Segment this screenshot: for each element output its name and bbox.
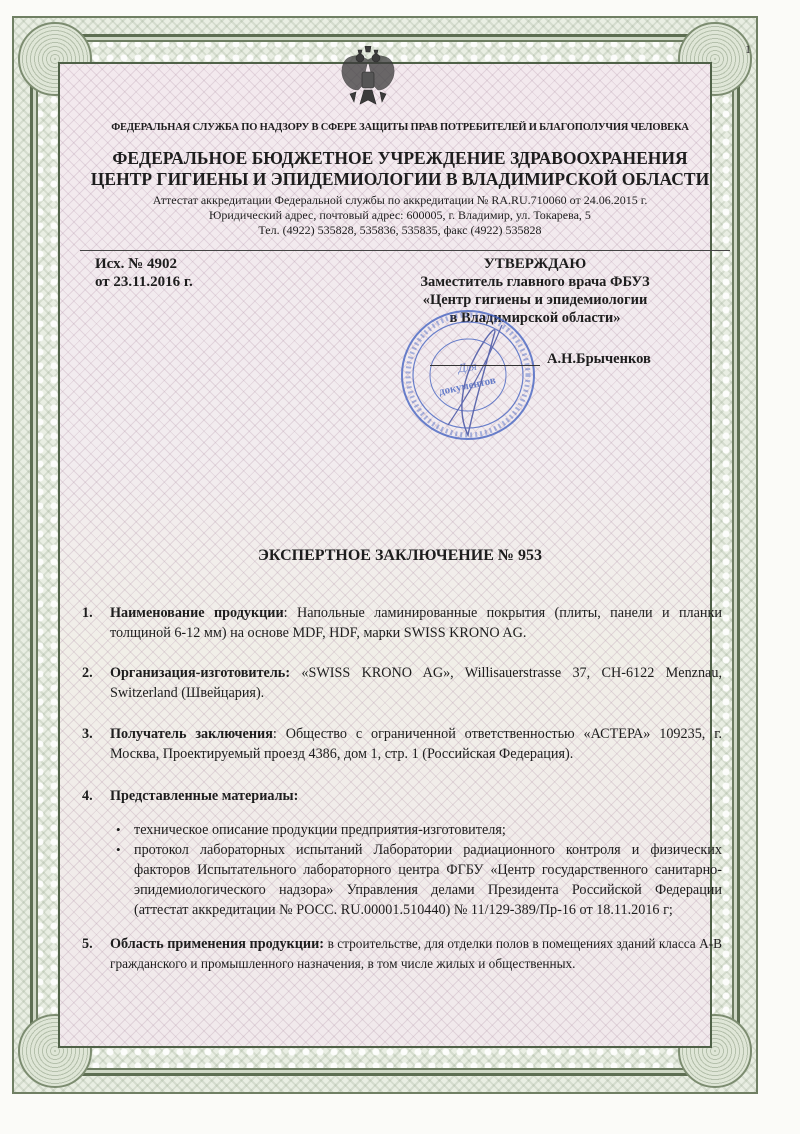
official-stamp-icon: Для документов <box>398 305 538 445</box>
item-number: 2. <box>82 663 93 683</box>
item-label: Наименование продукции <box>110 605 284 621</box>
outgoing-reference: Исх. № 4902 от 23.11.2016 г. <box>95 255 193 291</box>
org-name-line-2: ЦЕНТР ГИГИЕНЫ И ЭПИДЕМИОЛОГИИ В ВЛАДИМИР… <box>60 169 740 190</box>
item-materials: 4. Представленные материалы: техническое… <box>82 786 722 920</box>
item-manufacturer: 2. Организация-изготовитель: «SWISS KRON… <box>82 663 722 703</box>
item-number: 3. <box>82 724 93 744</box>
page-number: 1 <box>745 42 751 57</box>
item-separator: : <box>284 605 297 621</box>
item-label: Представленные материалы: <box>110 788 298 804</box>
approver-position: Заместитель главного врача ФБУЗ <box>400 273 670 291</box>
materials-list: техническое описание продукции предприят… <box>110 820 722 920</box>
item-product-name: 1. Наименование продукции: Напольные лам… <box>82 603 722 643</box>
accreditation-info: Аттестат аккредитации Федеральной службы… <box>60 193 740 208</box>
materials-list-item: техническое описание продукции предприят… <box>114 820 722 840</box>
item-label: Область применения продукции: <box>110 936 324 952</box>
approval-title: УТВЕРЖДАЮ <box>400 255 670 273</box>
conclusion-items: 1. Наименование продукции: Напольные лам… <box>82 603 722 974</box>
coat-of-arms-icon <box>336 46 400 114</box>
organization-details: Аттестат аккредитации Федеральной службы… <box>60 193 740 238</box>
item-recipient: 3. Получатель заключения: Общество с огр… <box>82 724 722 764</box>
header-divider <box>80 250 730 251</box>
signature-line <box>430 365 540 366</box>
outgoing-date: от 23.11.2016 г. <box>95 273 193 291</box>
outgoing-number: Исх. № 4902 <box>95 255 193 273</box>
item-number: 4. <box>82 786 93 806</box>
document-page: 1 ФЕДЕРАЛЬНАЯ СЛУЖБА ПО НАДЗОРУ В СФЕРЕ … <box>0 0 800 1134</box>
materials-list-item: протокол лабораторных испытаний Лаборато… <box>114 840 722 920</box>
item-label: Организация-изготовитель: <box>110 665 290 681</box>
signer-name: А.Н.Брыченков <box>547 351 651 368</box>
document-title: ЭКСПЕРТНОЕ ЗАКЛЮЧЕНИЕ № 953 <box>60 547 740 565</box>
item-application-area: 5. Область применения продукции: в строи… <box>82 934 722 974</box>
item-number: 5. <box>82 934 93 954</box>
address-info: Юридический адрес, почтовый адрес: 60000… <box>60 208 740 223</box>
phone-info: Тел. (4922) 535828, 535836, 535835, факс… <box>60 223 740 238</box>
item-separator: : <box>273 726 286 742</box>
organization-name: ФЕДЕРАЛЬНОЕ БЮДЖЕТНОЕ УЧРЕЖДЕНИЕ ЗДРАВОО… <box>60 148 740 190</box>
svg-text:Для: Для <box>456 359 478 376</box>
item-separator <box>290 665 301 681</box>
agency-name: ФЕДЕРАЛЬНАЯ СЛУЖБА ПО НАДЗОРУ В СФЕРЕ ЗА… <box>60 122 740 133</box>
item-number: 1. <box>82 603 93 623</box>
item-label: Получатель заключения <box>110 726 273 742</box>
org-name-line-1: ФЕДЕРАЛЬНОЕ БЮДЖЕТНОЕ УЧРЕЖДЕНИЕ ЗДРАВОО… <box>60 148 740 169</box>
